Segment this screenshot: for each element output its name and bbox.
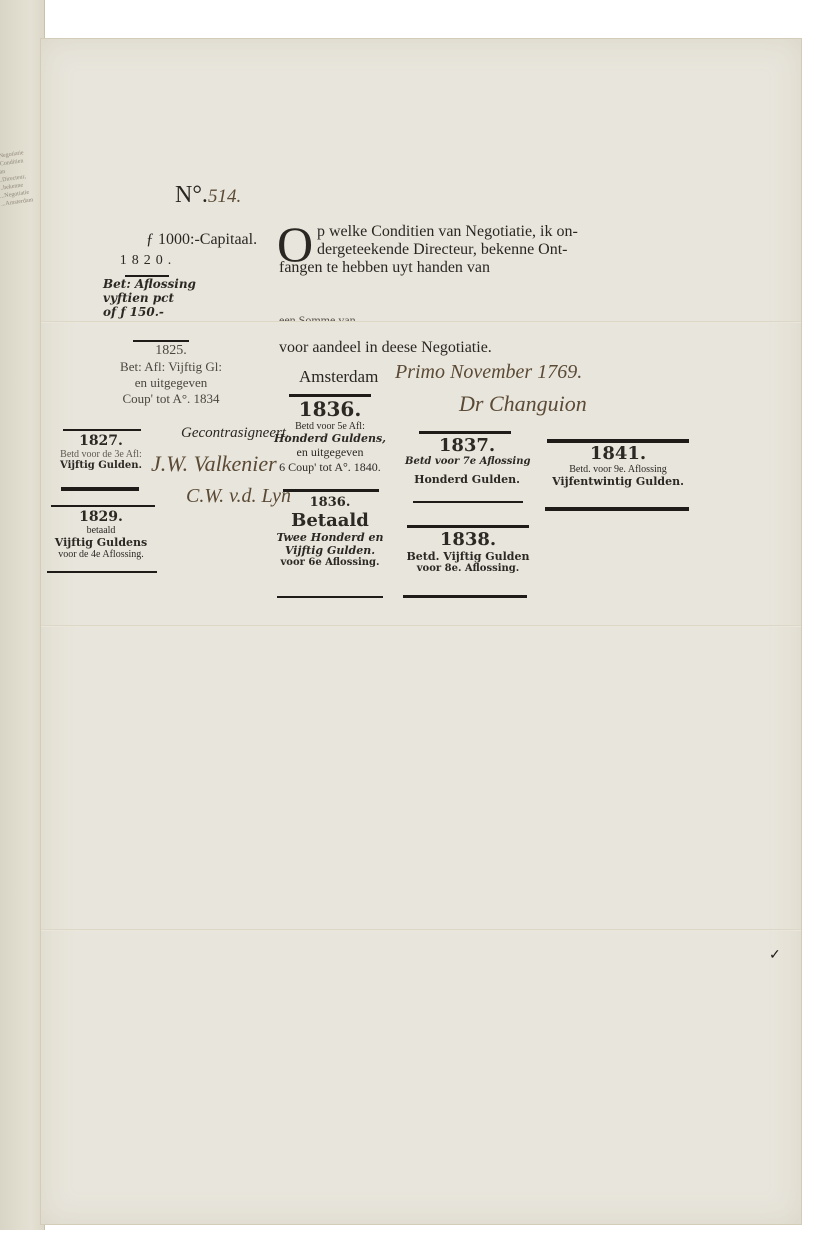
- capital-amount: ƒ 1000:-Capitaal.: [146, 231, 257, 249]
- stamp-rule: [419, 431, 511, 434]
- stamp-line: Betd voor 7e Aflossing: [405, 456, 529, 467]
- stamp-1829: 1829. betaald Vijftig Guldens voor de 4e…: [41, 509, 161, 560]
- stamp-line: Coup' tot A°. 1834: [101, 391, 241, 407]
- stamp-rule: [51, 505, 155, 507]
- intro-line-1: p welke Conditien van Negotiatie, ik on-: [317, 223, 578, 241]
- stamp-line: Twee Honderd en: [263, 531, 397, 544]
- fold-line-3: [41, 929, 801, 931]
- stamp-year: 1827.: [41, 433, 161, 449]
- stamp-year: 1820.: [103, 253, 193, 269]
- sum-line: een Somme van: [279, 313, 356, 321]
- countersign-signature-1: J.W. Valkenier: [151, 451, 277, 477]
- stamp-line: Honderd Guldens,: [263, 432, 397, 445]
- stamp-rule: [61, 487, 139, 491]
- share-line: voor aandeel in deese Negotiatie.: [279, 339, 492, 357]
- number-value: 514.: [208, 186, 241, 207]
- pencil-mark: ✓: [769, 947, 781, 964]
- stamp-line: of ƒ 150.-: [103, 305, 193, 319]
- stamp-year: 1836.: [263, 495, 397, 510]
- stamp-year: 1841.: [541, 443, 695, 464]
- stamp-line: Honderd Gulden.: [405, 473, 529, 486]
- stamp-1838: 1838. Betd. Vijftig Gulden voor 8e. Aflo…: [401, 529, 535, 574]
- stamp-1836-a: 1836. Betd voor 5e Afl: Honderd Guldens,…: [263, 397, 397, 475]
- fold-line-1: [41, 321, 801, 323]
- number-label: N°.: [175, 182, 208, 208]
- intro-line-3: fangen te hebben uyt handen van: [279, 259, 490, 277]
- stamp-rule: [277, 596, 383, 598]
- certificate-number: N°.514.: [175, 182, 241, 209]
- stamp-line: Vijftig Gulden.: [263, 544, 397, 557]
- stamp-1820: 1820. Bet: Aflossing vyftien pct of ƒ 15…: [103, 253, 193, 319]
- stamp-line: 6 Coup' tot A°. 1840.: [263, 460, 397, 475]
- stamp-year: 1836.: [263, 397, 397, 421]
- stamp-year: 1837.: [405, 435, 529, 456]
- stamp-rule: [47, 571, 157, 573]
- stamp-line: voor 8e. Aflossing.: [401, 563, 535, 574]
- stamp-line: Betd. voor 9e. Aflossing: [541, 464, 695, 475]
- stamp-line: Betaald: [263, 510, 397, 531]
- stamp-rule: [63, 429, 141, 431]
- stamp-line: betaald: [41, 525, 161, 536]
- stamp-rule: [545, 507, 689, 511]
- stamp-rule: [403, 595, 527, 598]
- stamp-1836-b: 1836. Betaald Twee Honderd en Vijftig Gu…: [263, 495, 397, 568]
- stamp-rule: [283, 489, 379, 492]
- stamp-line: voor 6e Aflossing.: [263, 557, 397, 568]
- stamp-line: Betd voor de 3e Afl:: [41, 449, 161, 460]
- stamp-line: voor de 4e Aflossing.: [41, 549, 161, 560]
- place: Amsterdam: [299, 367, 378, 387]
- stamp-line: Bet: Aflossing: [103, 277, 193, 291]
- stamp-1827: 1827. Betd voor de 3e Afl: Vijftig Gulde…: [41, 433, 161, 471]
- handwritten-date: Primo November 1769.: [395, 361, 582, 384]
- stamp-1837: 1837. Betd voor 7e Aflossing Honderd Gul…: [405, 435, 529, 486]
- intro-line-2: dergeteekende Directeur, bekenne Ont-: [317, 241, 568, 259]
- stamp-line: Vijftig Guldens: [41, 536, 161, 549]
- stamp-line: en uitgegeven: [101, 375, 241, 391]
- fold-line-2: [41, 625, 801, 627]
- stamp-line: en uitgegeven: [263, 445, 397, 460]
- stamp-rule: [407, 525, 529, 528]
- stamp-year: 1829.: [41, 509, 161, 525]
- stamp-line: Bet: Afl: Vijftig Gl:: [101, 359, 241, 375]
- stamp-1825: 1825. Bet: Afl: Vijftig Gl: en uitgegeve…: [101, 343, 241, 407]
- underlying-sheet: ...Negotiatie ...Conditien van ...Direct…: [0, 0, 45, 1230]
- stamp-line: Vijfentwintig Gulden.: [541, 475, 695, 488]
- stamp-line: Betd voor 5e Afl:: [263, 421, 397, 432]
- director-signature: Dr Changuion: [459, 391, 587, 417]
- stamp-rule: [413, 501, 523, 503]
- stamp-line: Betd. Vijftig Gulden: [401, 550, 535, 563]
- bond-certificate-page: N°.514. ƒ 1000:-Capitaal. O p welke Cond…: [40, 38, 802, 1225]
- stamp-line: vyftien pct: [103, 291, 193, 305]
- stamp-year: 1838.: [401, 529, 535, 550]
- stamp-year: 1825.: [101, 343, 241, 359]
- stamp-rule: [133, 340, 189, 342]
- stamp-line: Vijftig Gulden.: [41, 460, 161, 471]
- stamp-1841: 1841. Betd. voor 9e. Aflossing Vijfentwi…: [541, 443, 695, 488]
